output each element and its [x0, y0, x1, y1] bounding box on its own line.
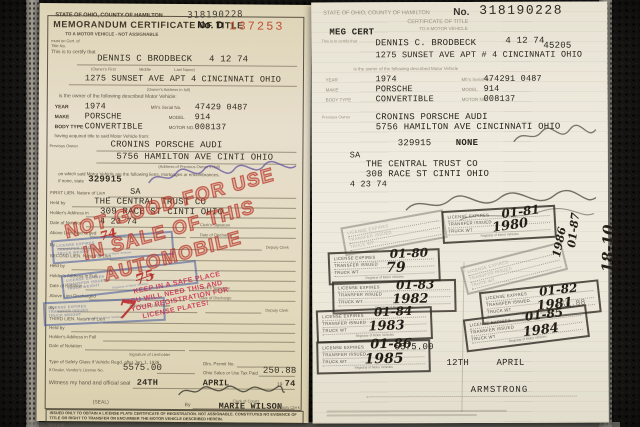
motor-no-value: 008137	[484, 94, 516, 104]
rule-line	[205, 312, 261, 313]
owner-of-line: is the owner of the following described …	[59, 93, 177, 100]
year-label: YEAR	[55, 104, 69, 110]
handwritten-expiry: 01-83	[396, 277, 435, 292]
handwritten-scrawl	[510, 122, 600, 148]
state-county-line: STATE OF OHIO, COUNTY OF HAMILTON	[323, 10, 429, 16]
faint-subtitle: TO A MOTOR VEHICLE	[419, 26, 467, 31]
rule-line	[71, 331, 295, 334]
license-stamp-1981: LICENSE EXPIRES TRANSFER ISSUED TRUCK WT…	[441, 205, 557, 244]
margin-note-1810: 18-10	[598, 224, 617, 273]
witness-month: APRIL	[497, 358, 525, 368]
owner-address: 1275 SUNSET AVE APT # 4 CINCINNATI OHIO	[375, 50, 582, 61]
deputy-clerk-label: Deputy Clerk	[266, 245, 289, 250]
first-lien-nature: SA	[130, 187, 141, 197]
owner-name: DENNIS C. BRODBECK	[375, 38, 476, 48]
owner-name: DENNIS C BRODBECK	[97, 53, 192, 64]
rule-line	[367, 396, 577, 398]
holder-address-full-label: Holder's Address in Full	[49, 334, 96, 339]
motor-no-value: 008137	[195, 122, 227, 132]
no-prefix: No. D	[197, 20, 223, 31]
make-value: PORSCHE	[85, 111, 122, 121]
lien-number-value: 329915	[398, 138, 432, 148]
certificate-copy-right: STATE OF OHIO, COUNTY OF HAMILTON No. 31…	[311, 1, 608, 423]
handwritten-year: 79	[386, 259, 406, 276]
model-value: 914	[195, 112, 211, 122]
rule-line	[259, 376, 295, 377]
lien-date: 4 23 74	[350, 179, 387, 189]
acquired-line: having acquired title to said Motor Vehi…	[55, 133, 150, 139]
title-number: 318190228	[479, 3, 563, 18]
permit-no-label: Dlrs. Permit No.	[203, 361, 235, 366]
serial-value: 474291 0487	[484, 74, 542, 84]
owner-address: 1275 SUNSET AVE APT 4 CINCINNATI OHIO	[85, 73, 281, 84]
revision-label: REV. 9-55	[49, 423, 65, 427]
photo-of-title-documents: STATE OF OHIO, COUNTY OF HAMILTON MEMORA…	[0, 0, 640, 427]
purchase-price-value: 5575.00	[123, 363, 162, 373]
rule-line	[237, 366, 295, 367]
owner-date: 4 12 74	[505, 36, 544, 46]
witness-day: 24TH	[137, 378, 158, 388]
faint-title: CERTIFICATE OF TITLE	[407, 19, 468, 25]
faint-fine-print	[327, 410, 507, 413]
serial-label: Mfr's Serial No.	[151, 105, 182, 110]
if-none-label: if none, state	[58, 178, 84, 183]
dealer-license-line: If Dealer, Vendor's License No.	[49, 367, 104, 372]
none-value: NONE	[456, 138, 478, 148]
previous-owner-name: CRONINS PORSCHE AUDI	[376, 112, 488, 122]
seal-label: (SEAL)	[93, 399, 109, 405]
sales-tax-label: Ohio Sales or Use Tax Paid	[203, 370, 258, 375]
motor-no-label: MOTOR NO.	[169, 125, 195, 130]
notation-date-label: Date of Notation	[49, 343, 82, 348]
lien-nature: SA	[350, 150, 361, 160]
body-type-label: BODY TYPE	[55, 124, 84, 130]
lienholder-signature-label: Signature of Lienholder	[129, 352, 170, 357]
faint-fine-print	[327, 414, 477, 417]
held-by-label: Held by	[50, 200, 65, 205]
red-serial-number: 137253	[229, 19, 284, 33]
first-lien-label: FIRST LIEN. Nature of Lien	[50, 190, 105, 195]
certify-line: This is to certify that	[51, 49, 96, 55]
lien-number-value: 329915	[88, 174, 122, 184]
by-label: By	[185, 402, 191, 408]
handwritten-year: 1983	[368, 318, 405, 334]
model-value: 914	[484, 84, 500, 94]
make-value: PORSCHE	[376, 84, 413, 94]
lien-address: 308 RACE ST CINTI OHIO	[366, 169, 489, 179]
rule-line	[189, 350, 295, 352]
body-type-value: CONVERTIBLE	[85, 121, 143, 131]
certify-line: This is to certify that	[321, 38, 357, 43]
handwritten-year: 1985	[364, 351, 403, 368]
cert-note: must on Cert. of Title No.	[51, 38, 87, 48]
model-label: MODEL	[462, 87, 478, 92]
witness-day: 12TH	[447, 358, 469, 368]
handwritten-expiry: 01-84	[374, 304, 413, 319]
make-label: MAKE	[326, 87, 339, 92]
make-label: MAKE	[55, 114, 70, 120]
previous-owner-label: Previous Owner	[49, 143, 78, 148]
rule-line	[157, 373, 195, 374]
meg-cert-note: MEG CERT	[329, 27, 374, 37]
clerk-signature-scrawl	[175, 382, 287, 401]
no-label: No.	[453, 7, 469, 18]
diamond-icon: ◆	[187, 421, 191, 427]
rule-line	[103, 341, 295, 343]
owner-name-caption: (Owner's First Middle Last Name)	[91, 66, 195, 72]
fine-print-text: ISSUED ONLY TO OBTAIN A LICENSE PLATE CE…	[50, 411, 300, 422]
state-county-line: STATE OF OHIO, COUNTY OF HAMILTON	[55, 12, 162, 19]
memorandum-certificate-left: STATE OF OHIO, COUNTY OF HAMILTON MEMORA…	[37, 3, 312, 423]
clerk-name: ARMSTRONG	[471, 385, 529, 395]
previous-owner-name: CRONINS PORSCHE AUDI	[110, 140, 222, 151]
year-label: YEAR	[326, 77, 338, 82]
owner-of-line: is the owner of the following described …	[353, 66, 458, 71]
model-label: MODEL	[169, 115, 185, 120]
serial-value: 47429 0487	[195, 102, 248, 112]
fine-print-box: ISSUED ONLY TO OBTAIN A LICENSE PLATE CE…	[46, 409, 304, 424]
document-subtitle: TO A MOTOR VEHICLE - NOT ASSIGNABLE	[65, 31, 158, 37]
owner-date: 4 12 74	[209, 54, 248, 64]
purchase-price-value: 5575.00	[394, 342, 433, 352]
owner-address-caption: (Owner's Address in full)	[147, 87, 190, 92]
lien-held-by: THE CENTRAL TRUST CO	[366, 159, 478, 169]
year-value: 1974	[85, 101, 106, 111]
body-type-value: CONVERTIBLE	[376, 94, 434, 104]
year-value: 1974	[376, 74, 397, 84]
handwritten-expiry: 01-80	[389, 246, 428, 261]
witness-line: Witness my hand and official seal	[49, 380, 131, 387]
deputy-clerk-label: Deputy Clerk	[265, 308, 288, 313]
body-type-label: BODY TYPE	[326, 97, 352, 102]
previous-owner-label: Previous Owner	[322, 114, 350, 119]
